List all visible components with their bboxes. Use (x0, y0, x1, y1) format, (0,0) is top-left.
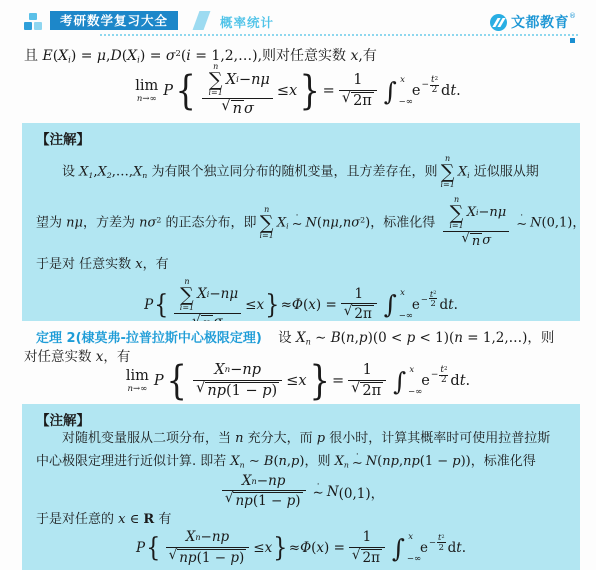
section-label: 概率统计 (220, 13, 274, 31)
note2-line2: 中心极限定理进行近似计算. 即若 Xn ∼ B(n,p)，则 Xn·∼N(np,… (36, 453, 566, 472)
badge-stripe (193, 11, 211, 30)
note1-line3: 于是对 任意实数 x，有 (36, 256, 566, 275)
note-title: 【注解】 (36, 409, 566, 427)
note-title: 【注解】 (36, 128, 566, 146)
note-box-1: 【注解】 设 X1,X2,…,Xn 为有限个独立同分布的随机变量，且方差存在，则… (22, 123, 580, 321)
brand-logo: 文都教育 ® (484, 10, 578, 34)
brand-name: 文都教育 (511, 12, 569, 32)
note1-line1: 设 X1,X2,…,Xn 为有限个独立同分布的随机变量，且方差存在，则n∑i=1… (36, 155, 566, 189)
textbook-page: 考研数学复习大全 概率统计 文都教育 ® 且 E(Xi) = μ,D(Xi) =… (0, 0, 596, 570)
demoivre-laplace-equation: limn→∞P{Xn − np√np(1 − p) ≤ x} = 1√2π∫x−… (0, 359, 596, 403)
theorem2-paragraph: 定理 2(棣莫弗-拉普拉斯中心极限定理) 设 Xn ∼ B(n,p)(0 < p… (24, 326, 582, 346)
note2-line3: 于是对任意的 x ∈ R 有 (36, 511, 566, 530)
page-header: 考研数学复习大全 概率统计 文都教育 ® (24, 10, 578, 38)
series-badge: 考研数学复习大全 (50, 11, 178, 30)
blocks-icon (24, 13, 44, 32)
note-box-2: 【注解】 对随机变量服从二项分布，当 n 充分大，而 p 很小时，计算其概率时可… (22, 404, 580, 570)
registered-mark: ® (569, 12, 576, 20)
brand-square-dot (570, 38, 575, 43)
header-dotted-line (100, 34, 578, 36)
wendu-logo-icon (490, 14, 507, 31)
note2-line1: 对随机变量服从二项分布，当 n 充分大，而 p 很小时，计算其概率时可使用拉普拉… (36, 430, 566, 449)
note1-line2: 望为 nμ，方差为 nσ2 的正态分布，即n∑i=1Xi·∼N(nμ,nσ2)，… (36, 196, 566, 250)
note1-equation: P{n∑i=1Xi − nμ√nσ ≤ x} ≈ Φ(x) = 1√2π∫x−∞… (36, 278, 566, 321)
theorem2-heading: 定理 2(棣莫弗-拉普拉斯中心极限定理) (24, 331, 262, 346)
note2-equation1: Xn − np√np(1 − p)·∼N(0,1)， (36, 474, 566, 510)
theorem2-statement: 设 Xn ∼ B(n,p)(0 < p < 1)(n = 1,2,…)，则 (278, 330, 554, 346)
clt-limit-equation: limn→∞P{n∑i=1Xi − nμ√nσ ≤ x} = 1√2π∫x−∞e… (0, 62, 596, 120)
note2-equation2: P{Xn − np√np(1 − p) ≤ x} ≈ Φ(x) = 1√2π∫x… (36, 530, 566, 566)
